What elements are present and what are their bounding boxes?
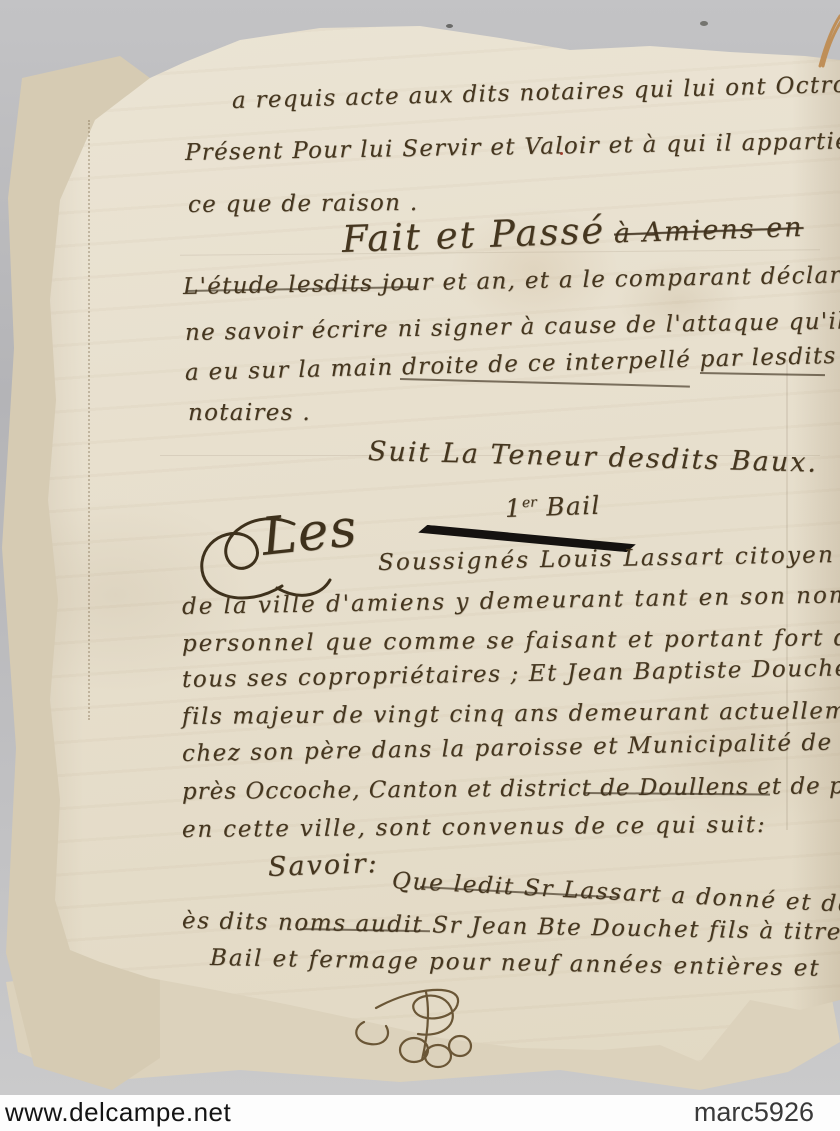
bail-heading-numeral: 1	[504, 493, 522, 523]
scanned-document: a requis acte aux dits notaires qui lui …	[0, 0, 840, 1131]
savoir-lead: Savoir:	[267, 848, 379, 883]
fait-passe-rest: à Amiens en	[613, 212, 804, 250]
bail-heading: 1er Bail	[504, 491, 601, 523]
scanner-speck	[446, 24, 453, 28]
manuscript-line: ce que de raison .	[188, 190, 419, 218]
paraph-flourish-icon	[356, 982, 506, 1077]
les-initial: Les	[259, 498, 361, 568]
watermark-user: marc5926	[694, 1097, 814, 1128]
manuscript-line: en cette ville, sont convenus de ce qui …	[182, 812, 767, 843]
watermark-site: www.delcampe.net	[5, 1097, 231, 1128]
fait-passe-large: Fait et Passé	[341, 209, 606, 261]
deckle-stitch-edge	[88, 120, 90, 720]
bail-heading-superscript: er	[522, 495, 537, 512]
bail-heading-word: Bail	[546, 491, 601, 522]
watermark-strip: www.delcampe.net marc5926	[0, 1095, 840, 1131]
manuscript-line: notaires .	[188, 400, 311, 426]
scanner-speck	[700, 21, 708, 26]
binding-string-icon	[812, 14, 840, 69]
